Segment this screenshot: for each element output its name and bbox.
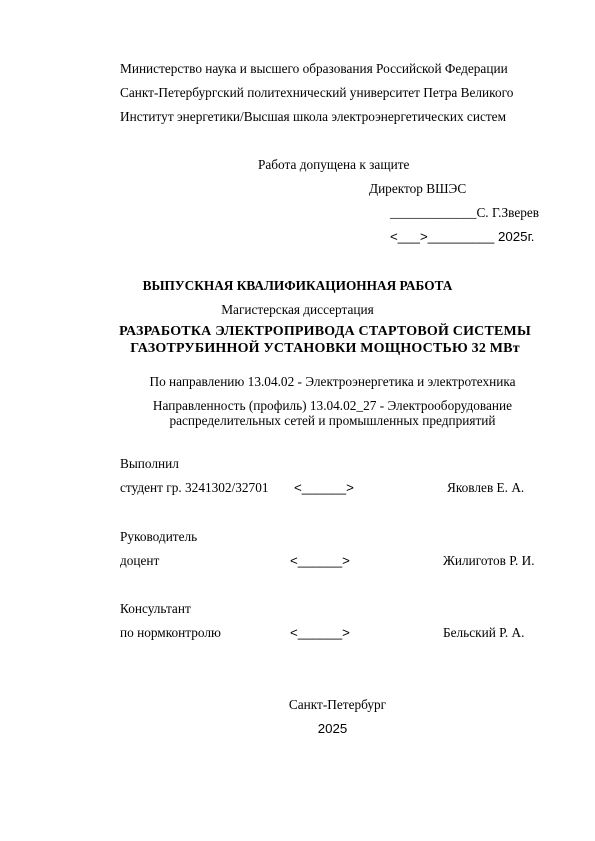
date-day-blank: ___ [398,229,420,244]
date-month-blank: _________ [428,229,495,244]
date-close-bracket: > [420,229,428,244]
footer-year: 2025 [0,721,595,736]
signature-name: Яковлев Е. А. [447,480,524,496]
direction-line: По направлению 13.04.02 - Электроэнергет… [0,374,595,390]
signature-role: Руководитель [120,529,197,545]
ministry-line: Министерство наука и высшего образования… [120,61,508,77]
director-name: С. Г.Зверев [476,205,539,220]
signature-name: Жилиготов Р. И. [443,553,535,569]
signature-blank: <______> [290,553,350,568]
director-signature: _____________С. Г.Зверев [390,205,539,221]
signature-role: Выполнил [120,456,179,472]
profile-line-2: распределительных сетей и промышленных п… [0,413,595,429]
approval-year: 2025г. [498,229,535,244]
director-title: Директор ВШЭС [369,181,466,197]
profile-line-1: Направленность (профиль) 13.04.02_27 - Э… [0,398,595,414]
footer-city: Санкт-Петербург [0,697,595,713]
date-open-bracket: < [390,229,398,244]
signature-position: по нормконтролю [120,625,221,641]
signature-line: _____________ [390,205,476,220]
signature-position: студент гр. 3241302/32701 [120,480,269,496]
topic-line-2: ГАЗОТРУБИННОЙ УСТАНОВКИ МОЩНОСТЬЮ 32 МВт [0,341,595,357]
university-line: Санкт-Петербургский политехнический унив… [120,85,513,101]
signature-blank: <______> [294,480,354,495]
signature-blank: <______> [290,625,350,640]
signature-position: доцент [120,553,159,569]
work-type: ВЫПУСКНАЯ КВАЛИФИКАЦИОННАЯ РАБОТА [0,278,595,294]
signature-name: Бельский Р. А. [443,625,524,641]
work-subtype: Магистерская диссертация [0,302,595,318]
admitted-to-defense: Работа допущена к защите [258,157,409,173]
approval-date: <___>_________ 2025г. [390,229,535,244]
topic-line-1: РАЗРАБОТКА ЭЛЕКТРОПРИВОДА СТАРТОВОЙ СИСТ… [0,324,595,340]
institute-line: Институт энергетики/Высшая школа электро… [120,109,506,125]
signature-role: Консультант [120,601,191,617]
